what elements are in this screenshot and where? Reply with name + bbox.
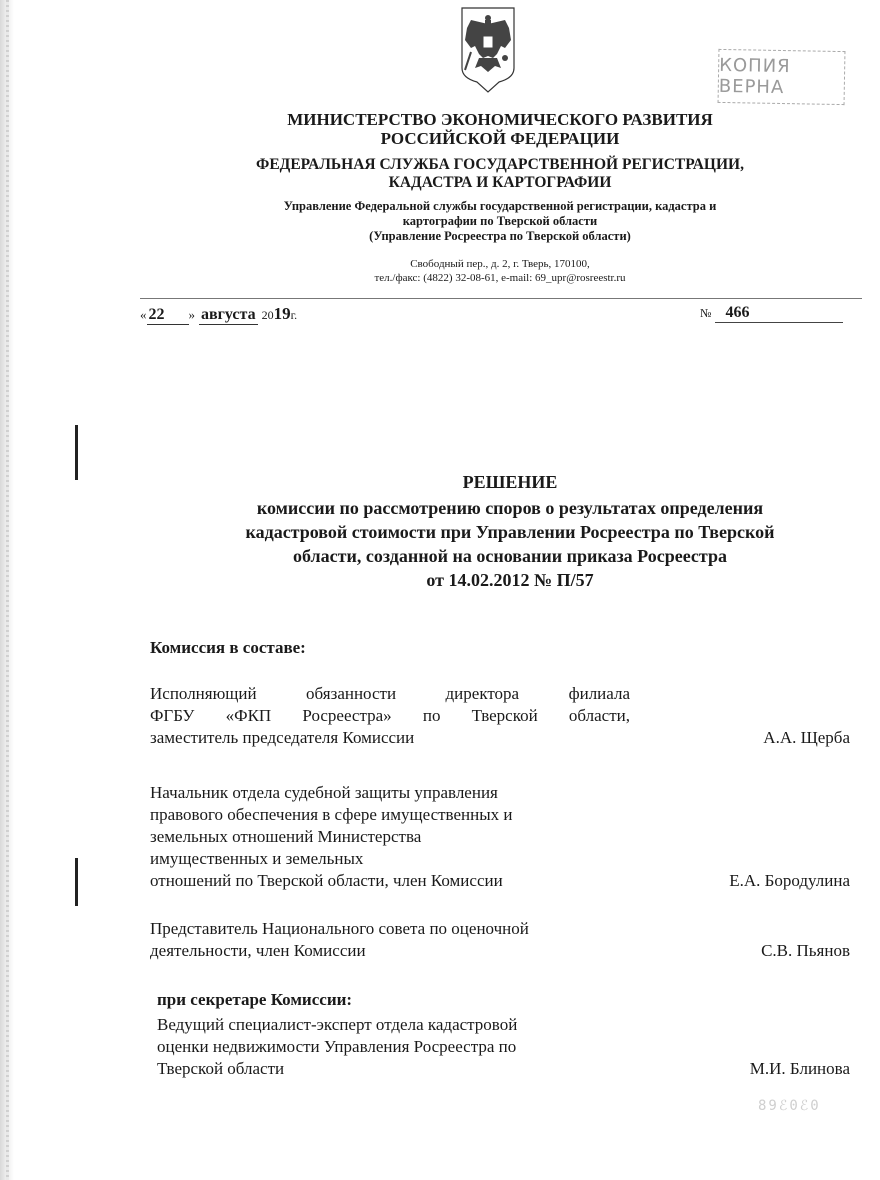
faint-page-number: 89ℰ0ℰ0 — [758, 1098, 821, 1114]
service-name: ФЕДЕРАЛЬНАЯ СЛУЖБА ГОСУДАРСТВЕННОЙ РЕГИС… — [200, 156, 800, 192]
secretary-name: М.И. Блинова — [750, 1058, 850, 1080]
member-name: Е.А. Бородулина — [729, 870, 850, 892]
document-date: «22» августа 2019г. — [140, 304, 297, 325]
commission-member: Исполняющий обязанности директора филиал… — [150, 683, 850, 749]
member-name: А.А. Щерба — [763, 727, 850, 749]
member-position: Представитель Национального совета по оц… — [150, 918, 620, 962]
member-position: Исполняющий обязанности директора филиал… — [150, 683, 630, 749]
coat-of-arms-icon — [459, 6, 517, 94]
margin-mark — [75, 858, 78, 906]
commission-member: Начальник отдела судебной защиты управле… — [150, 782, 850, 892]
secretary-position: Ведущий специалист-эксперт отдела кадаст… — [157, 1014, 627, 1080]
date-month: августа — [199, 306, 258, 325]
document-number: №466 — [700, 304, 843, 323]
composition-heading: Комиссия в составе: — [150, 638, 306, 658]
copy-certified-stamp: КОПИЯ ВЕРНА — [718, 49, 846, 105]
margin-mark — [75, 425, 78, 480]
document-title: РЕШЕНИЕ комиссии по рассмотрению споров … — [190, 470, 830, 592]
address-block: Свободный пер., д. 2, г. Тверь, 170100, … — [200, 257, 800, 285]
title-main: РЕШЕНИЕ — [190, 470, 830, 494]
member-name: С.В. Пьянов — [761, 940, 850, 962]
date-day: 22 — [147, 306, 189, 325]
department-name: Управление Федеральной службы государств… — [200, 199, 800, 244]
ministry-name: МИНИСТЕРСТВО ЭКОНОМИЧЕСКОГО РАЗВИТИЯ РОС… — [200, 110, 800, 148]
secretary-heading: при секретаре Комиссии: — [157, 990, 352, 1010]
secretary-member: Ведущий специалист-эксперт отдела кадаст… — [157, 1014, 850, 1080]
member-position: Начальник отдела судебной защиты управле… — [150, 782, 620, 892]
commission-member: Представитель Национального совета по оц… — [150, 918, 850, 962]
header-divider — [140, 298, 862, 299]
scan-edge — [0, 0, 14, 1180]
